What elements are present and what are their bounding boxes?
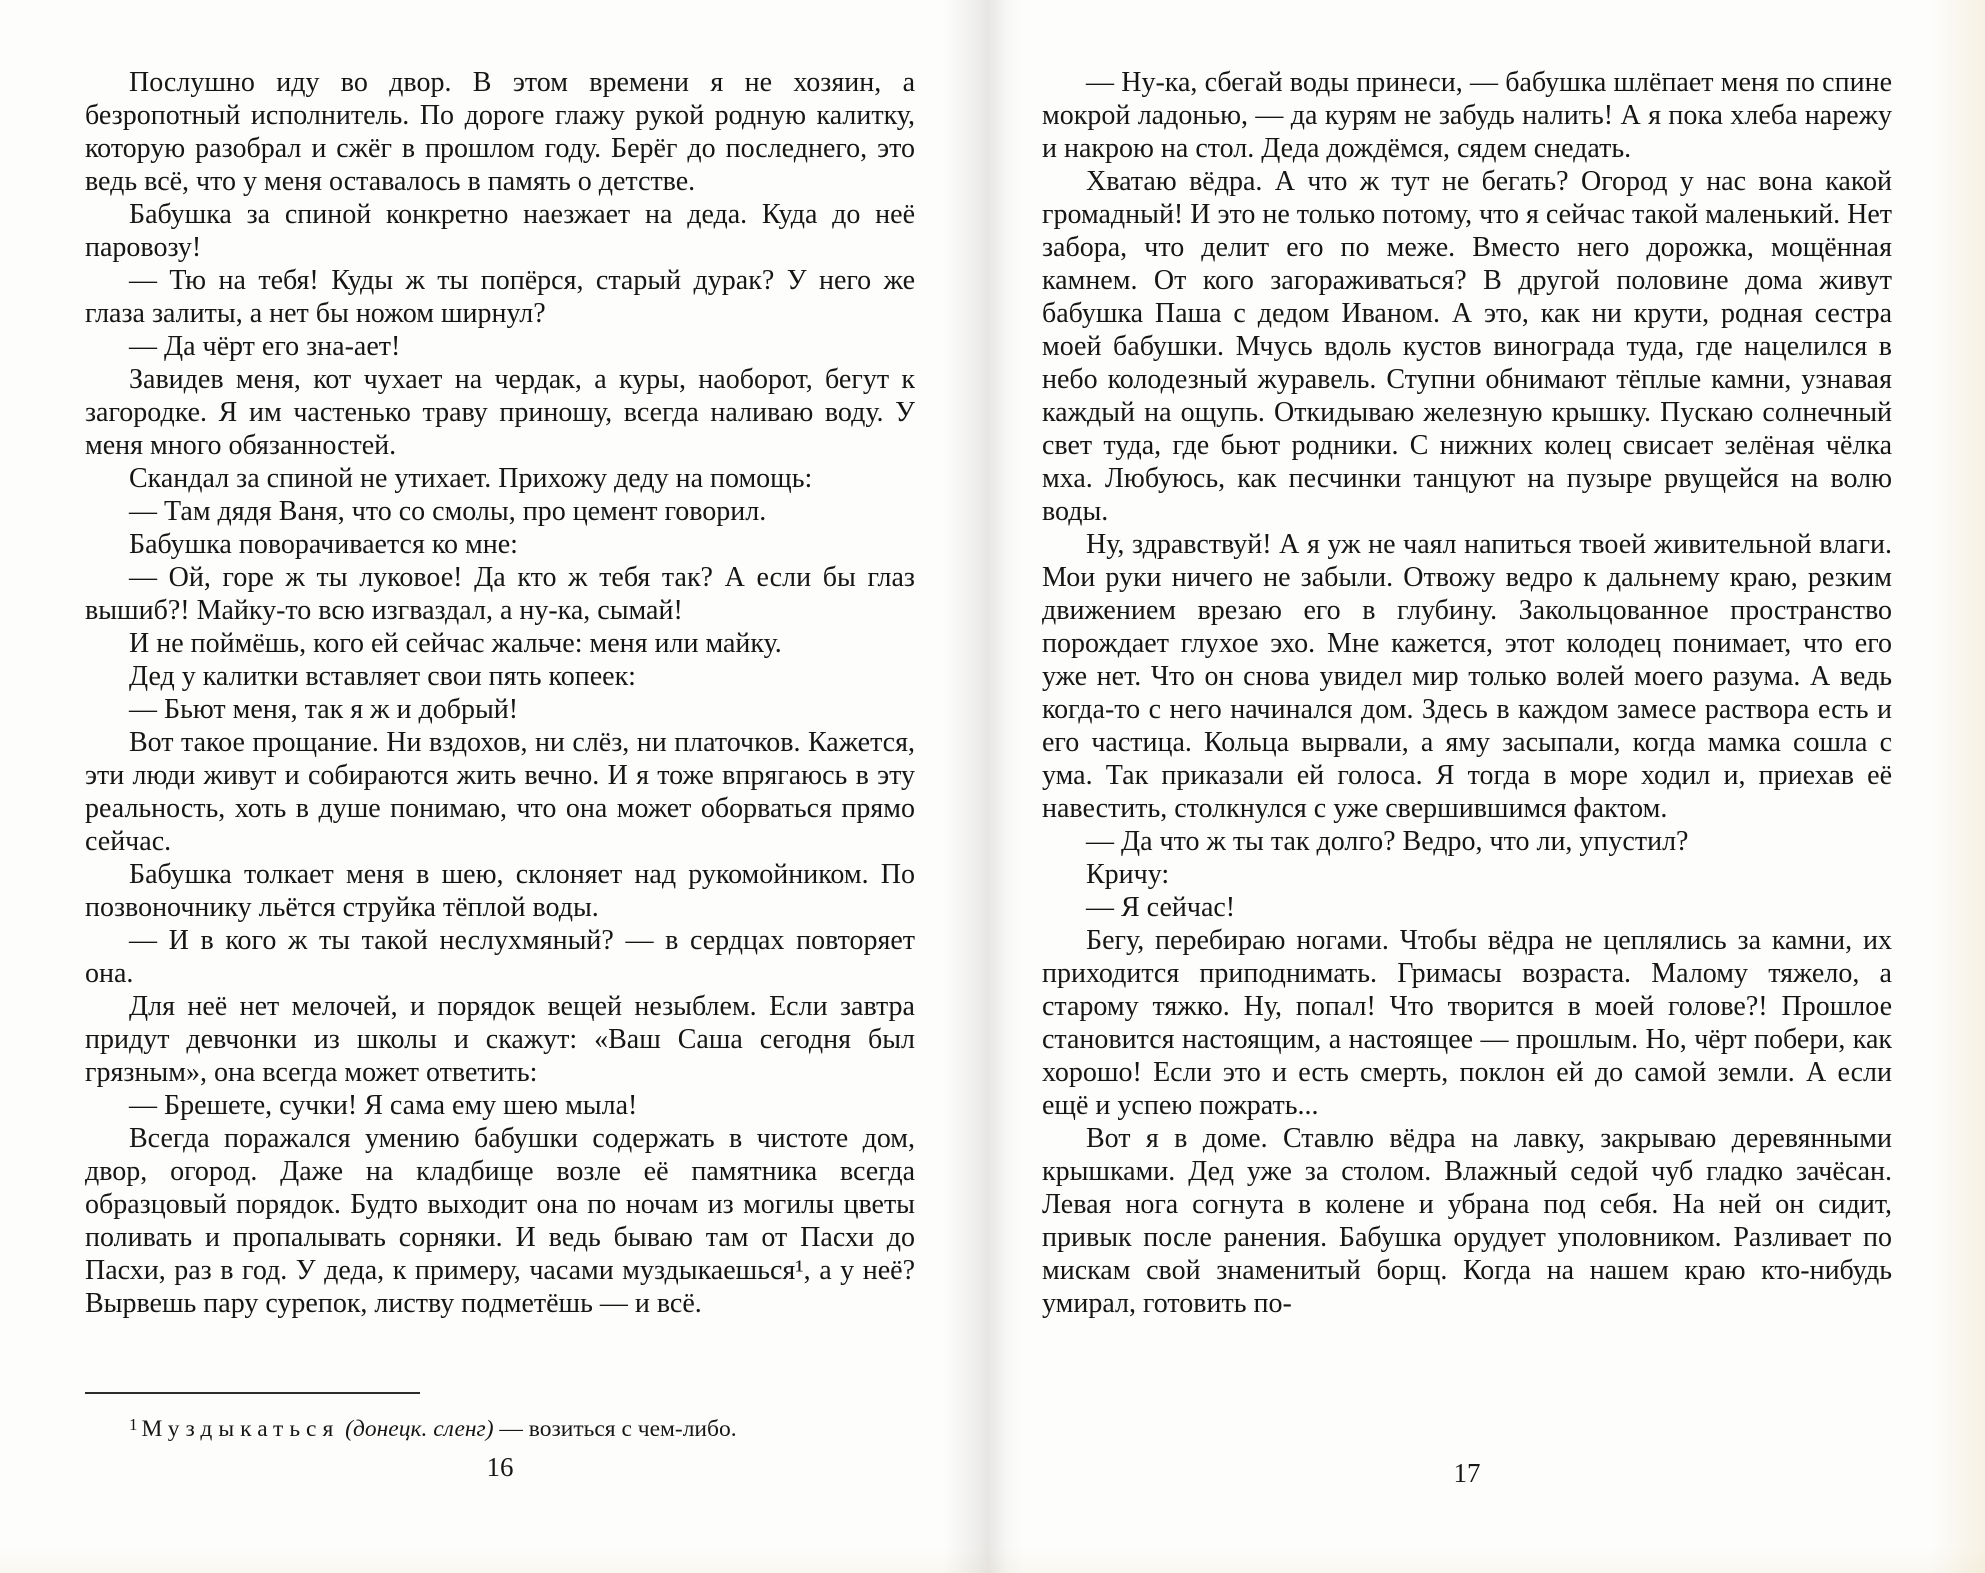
paragraph: — И в кого ж ты такой неслухмяный? — в с…: [85, 924, 915, 990]
footnote-dialect-label: (донецк. сленг): [345, 1416, 493, 1442]
paragraph: Бегу, перебираю ногами. Чтобы вёдра не ц…: [1042, 924, 1892, 1122]
paragraph: Бабушка за спиной конкретно наезжает на …: [85, 198, 915, 264]
footnote-marker: 1: [129, 1415, 138, 1434]
page-edge-tint: [1930, 0, 1985, 1573]
page-gutter-shadow: [944, 0, 1024, 1573]
footnote-term: Муздыкаться: [142, 1416, 340, 1442]
paragraph: Дед у калитки вставляет свои пять копеек…: [85, 660, 915, 693]
footnote-rule: [85, 1392, 420, 1394]
footnote-definition: — возиться с чем-либо.: [499, 1416, 736, 1442]
paragraph: Завидев меня, кот чухает на чердак, а ку…: [85, 363, 915, 462]
paragraph: Хватаю вёдра. А что ж тут не бегать? Ого…: [1042, 165, 1892, 528]
paragraph: Для неё нет мелочей, и порядок вещей нез…: [85, 990, 915, 1089]
paragraph: Всегда поражался умению бабушки содержат…: [85, 1122, 915, 1320]
paragraph: — Там дядя Ваня, что со смолы, про цемен…: [85, 495, 915, 528]
paragraph: — Я сейчас!: [1042, 891, 1892, 924]
page-right-text: — Ну-ка, сбегай воды принеси, — бабушка …: [1042, 0, 1892, 1320]
paragraph: — Брешете, сучки! Я сама ему шею мыла!: [85, 1089, 915, 1122]
footnote: 1Муздыкаться (донецк. сленг) — возиться …: [85, 1410, 915, 1444]
paragraph: Скандал за спиной не утихает. Прихожу де…: [85, 462, 915, 495]
page-right: — Ну-ка, сбегай воды принеси, — бабушка …: [1042, 0, 1892, 1573]
paragraph: Вот я в доме. Ставлю вёдра на лавку, зак…: [1042, 1122, 1892, 1320]
page-left-text: Послушно иду во двор. В этом времени я н…: [85, 0, 915, 1320]
paragraph: — Да что ж ты так долго? Ведро, что ли, …: [1042, 825, 1892, 858]
paragraph: — Ой, горе ж ты луковое! Да кто ж тебя т…: [85, 561, 915, 627]
paragraph: Вот такое прощание. Ни вздохов, ни слёз,…: [85, 726, 915, 858]
paragraph: — Да чёрт его зна-ает!: [85, 330, 915, 363]
paragraph: Бабушка поворачивается ко мне:: [85, 528, 915, 561]
page-number-left: 16: [85, 1452, 915, 1482]
paragraph: — Бьют меня, так я ж и добрый!: [85, 693, 915, 726]
paragraph: — Тю на тебя! Куды ж ты попёрся, старый …: [85, 264, 915, 330]
page-number-right: 17: [1042, 1458, 1892, 1488]
book-spread: Послушно иду во двор. В этом времени я н…: [0, 0, 1985, 1573]
paragraph: Послушно иду во двор. В этом времени я н…: [85, 66, 915, 198]
paragraph: Ну, здравствуй! А я уж не чаял напиться …: [1042, 528, 1892, 825]
page-left: Послушно иду во двор. В этом времени я н…: [85, 0, 915, 1573]
paragraph: Кричу:: [1042, 858, 1892, 891]
paragraph: — Ну-ка, сбегай воды принеси, — бабушка …: [1042, 66, 1892, 165]
paragraph: И не поймёшь, кого ей сейчас жальче: мен…: [85, 627, 915, 660]
paragraph: Бабушка толкает меня в шею, склоняет над…: [85, 858, 915, 924]
